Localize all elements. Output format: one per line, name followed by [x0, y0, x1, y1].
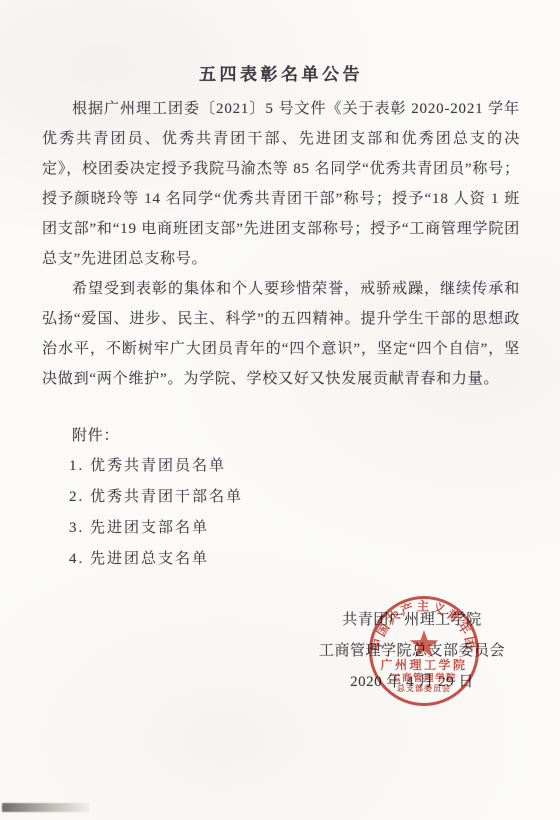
attachments-list: 1. 优秀共青团员名单 2. 优秀共青团干部名单 3. 先进团支部名单 4. 先…: [42, 451, 520, 575]
attachment-item-3: 3. 先进团支部名单: [69, 513, 520, 544]
seal-center-line-2: 工商管理学院: [391, 672, 457, 684]
attachment-item-4: 4. 先进团总支名单: [69, 544, 520, 575]
attachment-item-2: 2. 优秀共青团干部名单: [69, 482, 520, 513]
paragraph-exhortation: 希望受到表彰的集体和个人要珍惜荣誉，戒骄戒躁，继续传承和弘扬“爱国、进步、民主、…: [42, 274, 520, 394]
document-title: 五四表彰名单公告: [42, 62, 520, 88]
official-seal: 中国共产主义青年团 广州理工学院 工商管理学院 总支部委员会: [366, 593, 482, 709]
attachment-item-1: 1. 优秀共青团员名单: [69, 451, 520, 482]
scan-shadow-edge: [2, 803, 90, 812]
seal-center-line-3: 总支部委员会: [397, 683, 451, 693]
document-page: 五四表彰名单公告 根据广州理工团委〔2021〕5 号文件《关于表彰 2020-2…: [0, 0, 560, 820]
seal-center-line-1: 广州理工学院: [380, 657, 467, 672]
attachments-label: 附件：: [42, 421, 520, 451]
star-icon: [410, 630, 439, 657]
paragraph-commendation: 根据广州理工团委〔2021〕5 号文件《关于表彰 2020-2021 学年优秀共…: [42, 94, 520, 274]
